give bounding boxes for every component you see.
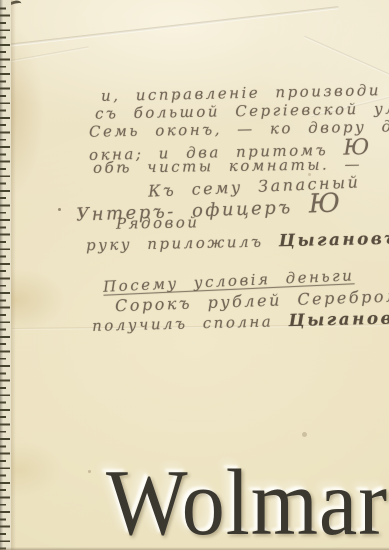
watermark-text: Wolmar: [106, 456, 388, 550]
paper-crease: [6, 6, 339, 47]
manuscript-text: руку приложилъ: [86, 232, 279, 254]
paper-wrinkle: [304, 36, 389, 76]
signature: Цыгановъ: [279, 228, 389, 251]
scanned-document-page: и, исправленіе производи съ большой Серг…: [0, 0, 389, 550]
manuscript-text: Рядовой: [116, 213, 200, 232]
ruler-shadow: [11, 0, 16, 550]
ruler-scale: [0, 0, 11, 550]
manuscript-text: получилъ сполна: [92, 312, 289, 335]
manuscript-line: Рядовой: [116, 213, 200, 232]
signature: Цыгановъ: [288, 307, 389, 330]
pen-flourish: Ю: [308, 188, 343, 219]
paper-specks: [58, 208, 61, 211]
